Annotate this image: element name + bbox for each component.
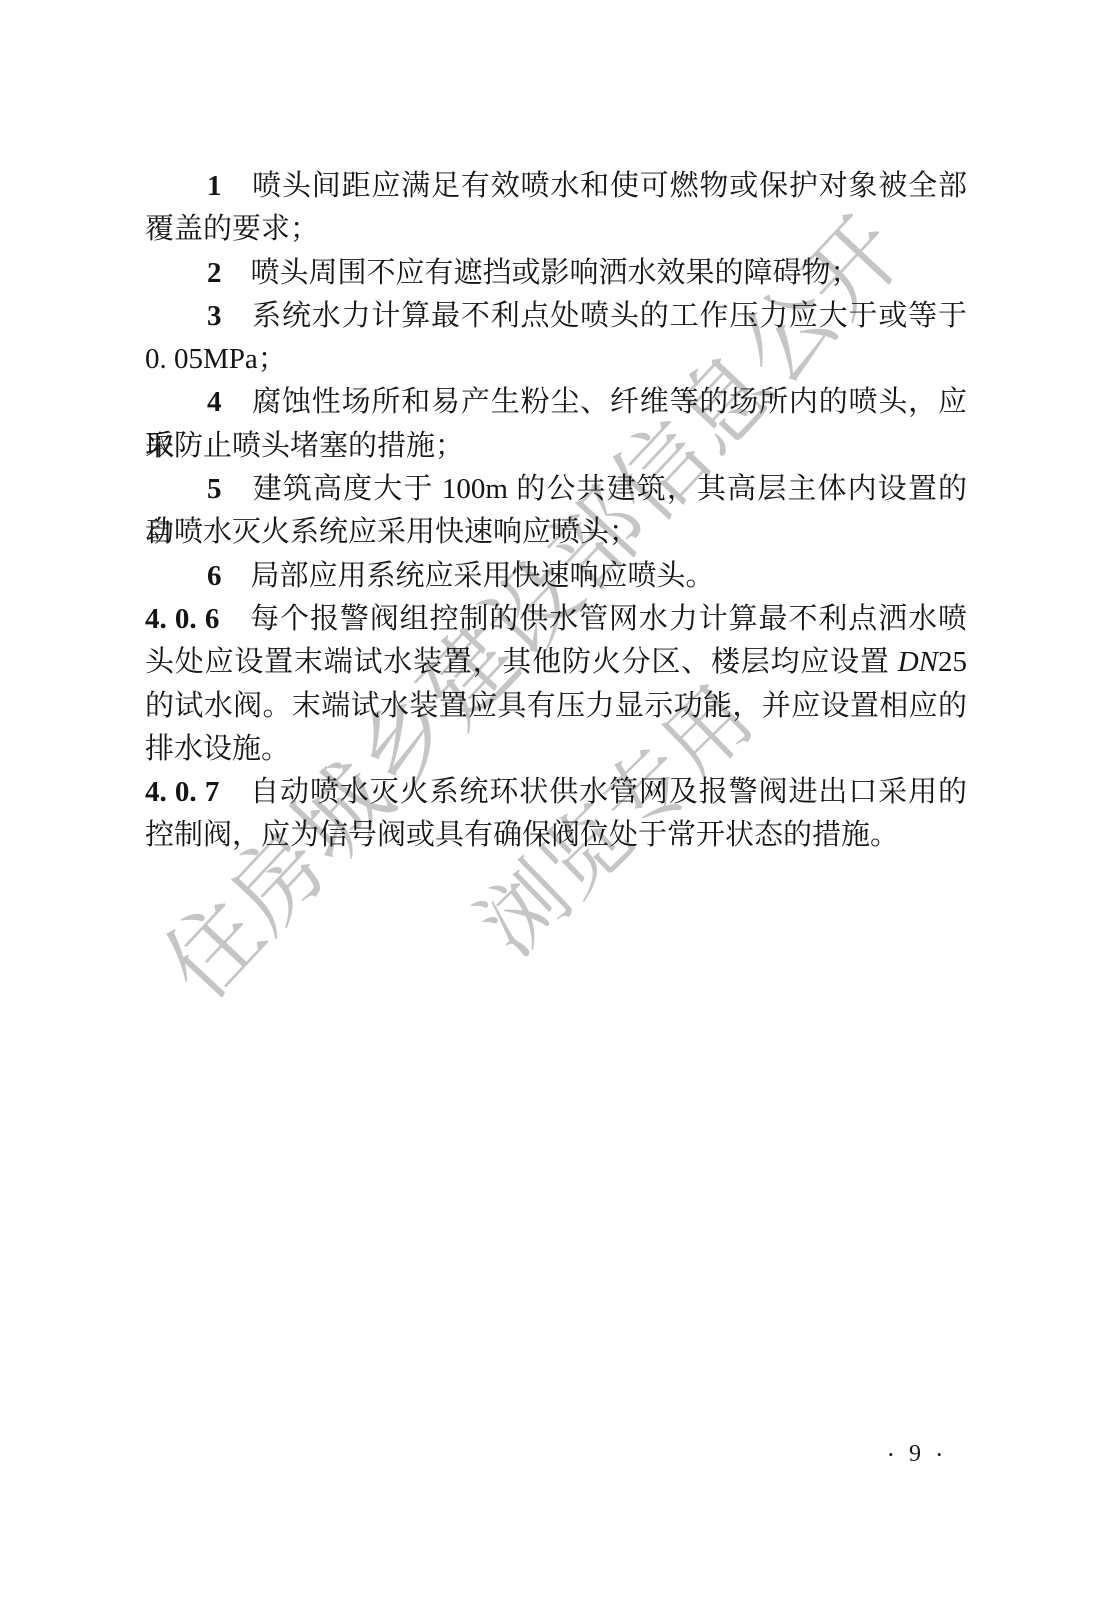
text-segment: 控制阀，应为信号阀或具有确保阀位处于常开状态的措施。 — [145, 819, 899, 851]
document-text-block: 1 喷头间距应满足有效喷水和使可燃物或保护对象被全部覆盖的要求；2 喷头周围不应… — [145, 165, 967, 858]
text-line: 5 建筑高度大于 100m 的公共建筑，其高层主体内设置的自 — [145, 468, 967, 511]
text-segment: 喷头周围不应有遮挡或影响洒水效果的障碍物； — [222, 257, 860, 289]
footer-bullet-icon: • — [888, 1443, 893, 1467]
clause-number: 4. 0. 7 — [145, 776, 219, 808]
text-line: 动喷水灭火系统应采用快速响应喷头； — [145, 511, 967, 554]
text-line: 排水设施。 — [145, 728, 967, 771]
text-segment: 25 — [938, 646, 967, 678]
footer-bullet-icon: • — [937, 1443, 942, 1467]
text-line: 控制阀，应为信号阀或具有确保阀位处于常开状态的措施。 — [145, 814, 967, 857]
clause-number: 1 — [207, 170, 222, 202]
clause-number: 4 — [207, 386, 222, 418]
text-segment: 覆盖的要求； — [145, 213, 319, 245]
clause-number: 5 — [207, 473, 222, 505]
text-segment: 系统水力计算最不利点处喷头的工作压力应大于或等于 — [222, 300, 968, 332]
text-segment: DN — [898, 646, 938, 678]
text-line: 2 喷头周围不应有遮挡或影响洒水效果的障碍物； — [145, 252, 967, 295]
text-line: 4. 0. 7 自动喷水灭火系统环状供水管网及报警阀进出口采用的 — [145, 771, 967, 814]
text-segment: 每个报警阀组控制的供水管网水力计算最不利点洒水喷 — [219, 603, 967, 635]
clause-number: 6 — [207, 560, 222, 592]
text-line: 6 局部应用系统应采用快速响应喷头。 — [145, 555, 967, 598]
text-line: 3 系统水力计算最不利点处喷头的工作压力应大于或等于 — [145, 295, 967, 338]
text-segment: 取防止喷头堵塞的措施； — [145, 430, 464, 462]
text-segment: 0. 05MPa； — [145, 343, 287, 375]
page-number: • 9 • — [840, 1441, 990, 1468]
text-segment: 喷头间距应满足有效喷水和使可燃物或保护对象被全部 — [222, 170, 968, 202]
text-line: 的试水阀。末端试水装置应具有压力显示功能，并应设置相应的 — [145, 685, 967, 728]
text-line: 覆盖的要求； — [145, 208, 967, 251]
text-line: 0. 05MPa； — [145, 338, 967, 381]
text-segment: 的试水阀。末端试水装置应具有压力显示功能，并应设置相应的 — [145, 690, 967, 722]
clause-number: 4. 0. 6 — [145, 603, 219, 635]
text-line: 头处应设置末端试水装置，其他防火分区、楼层均应设置 DN25 — [145, 641, 967, 684]
text-line: 取防止喷头堵塞的措施； — [145, 425, 967, 468]
text-segment: 动喷水灭火系统应采用快速响应喷头； — [145, 516, 638, 548]
document-page: 住房城乡建设部信息公开 浏览专用 1 喷头间距应满足有效喷水和使可燃物或保护对象… — [0, 0, 1102, 1598]
text-line: 4 腐蚀性场所和易产生粉尘、纤维等的场所内的喷头，应采 — [145, 381, 967, 424]
text-segment: 局部应用系统应采用快速响应喷头。 — [222, 560, 715, 592]
text-segment: 排水设施。 — [145, 733, 290, 765]
footer-page-number: 9 — [909, 1441, 921, 1468]
clause-number: 2 — [207, 257, 222, 289]
text-segment: 头处应设置末端试水装置，其他防火分区、楼层均应设置 — [145, 646, 898, 678]
text-line: 1 喷头间距应满足有效喷水和使可燃物或保护对象被全部 — [145, 165, 967, 208]
text-line: 4. 0. 6 每个报警阀组控制的供水管网水力计算最不利点洒水喷 — [145, 598, 967, 641]
text-segment: 自动喷水灭火系统环状供水管网及报警阀进出口采用的 — [219, 776, 967, 808]
clause-number: 3 — [207, 300, 222, 332]
